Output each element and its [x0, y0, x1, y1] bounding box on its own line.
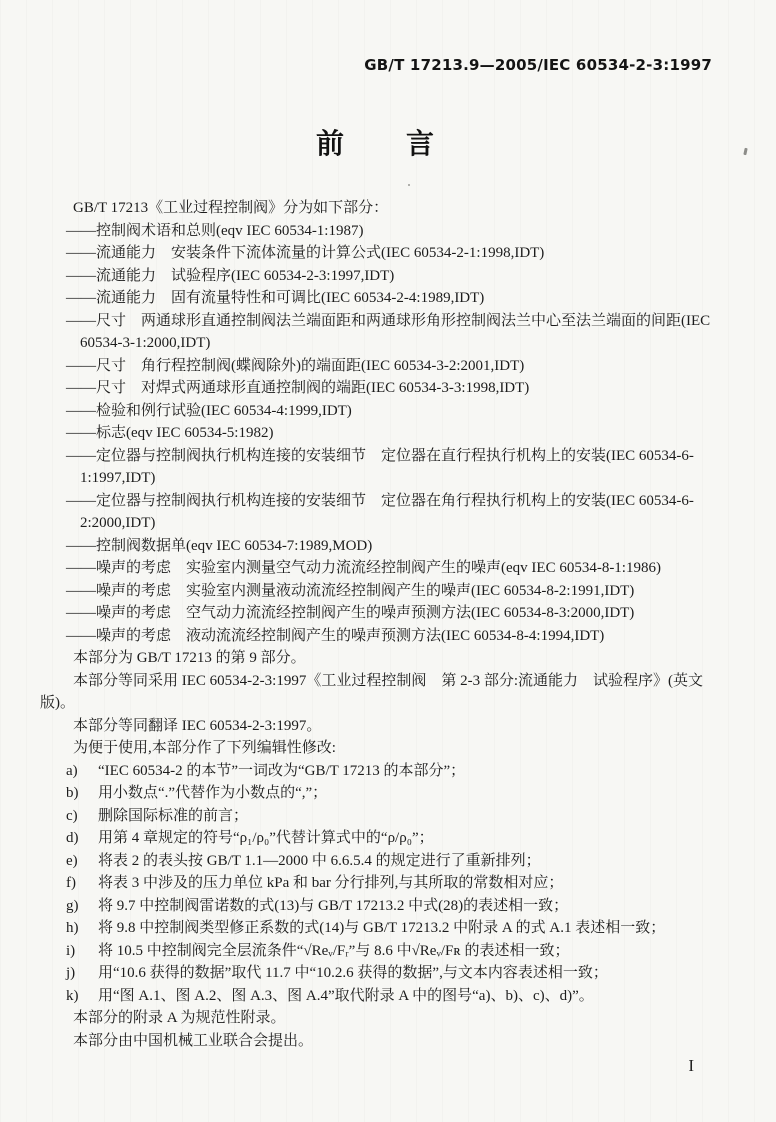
list-item: h) 将 9.8 中控制阀类型修正系数的式(14)与 GB/T 17213.2 … — [66, 917, 712, 940]
list-item: c) 删除国际标准的前言； — [66, 805, 712, 828]
item-text: 将 10.5 中控制阀完全层流条件“√Reᵥ/Fᵣ”与 8.6 中√Reᵥ/Fʀ… — [98, 940, 712, 963]
item-text: 删除国际标准的前言； — [98, 805, 712, 828]
document-page: GB/T 17213.9—2005/IEC 60534-2-3:1997 前 言… — [0, 0, 776, 1122]
intro-paragraph: GB/T 17213《工业过程控制阀》分为如下部分： — [40, 197, 712, 220]
list-item: ——流通能力 安装条件下流体流量的计算公式(IEC 60534-2-1:1998… — [66, 242, 712, 265]
standard-code-header: GB/T 17213.9—2005/IEC 60534-2-3:1997 — [0, 56, 712, 74]
item-text: 用“图 A.1、图 A.2、图 A.3、图 A.4”取代附录 A 中的图号“a)… — [98, 985, 712, 1008]
list-item: ——定位器与控制阀执行机构连接的安装细节 定位器在直行程执行机构上的安装(IEC… — [66, 445, 712, 490]
list-item: b) 用小数点“.”代替作为小数点的“,”； — [66, 782, 712, 805]
foreword-content: GB/T 17213《工业过程控制阀》分为如下部分： ——控制阀术语和总则(eq… — [40, 197, 712, 1052]
item-text: 用“10.6 获得的数据”取代 11.7 中“10.2.6 获得的数据”,与文本… — [98, 962, 712, 985]
list-item: ——尺寸 对焊式两通球形直通控制阀的端距(IEC 60534-3-3:1998,… — [66, 377, 712, 400]
item-text: “IEC 60534-2 的本节”一词改为“GB/T 17213 的本部分”； — [98, 760, 712, 783]
list-item: ——流通能力 固有流量特性和可调比(IEC 60534-2-4:1989,IDT… — [66, 287, 712, 310]
list-item: a) “IEC 60534-2 的本节”一词改为“GB/T 17213 的本部分… — [66, 760, 712, 783]
list-item: e) 将表 2 的表头按 GB/T 1.1—2000 中 6.6.5.4 的规定… — [66, 850, 712, 873]
list-item: j) 用“10.6 获得的数据”取代 11.7 中“10.2.6 获得的数据”,… — [66, 962, 712, 985]
item-text: 用小数点“.”代替作为小数点的“,”； — [98, 782, 712, 805]
list-item: ——噪声的考虑 实验室内测量空气动力流流经控制阀产生的噪声(eqv IEC 60… — [66, 557, 712, 580]
list-item: k) 用“图 A.1、图 A.2、图 A.3、图 A.4”取代附录 A 中的图号… — [66, 985, 712, 1008]
list-item: f) 将表 3 中涉及的压力单位 kPa 和 bar 分行排列,与其所取的常数相… — [66, 872, 712, 895]
list-item: ——噪声的考虑 实验室内测量液动流流经控制阀产生的噪声(IEC 60534-8-… — [66, 580, 712, 603]
item-label: c) — [66, 805, 98, 828]
item-label: g) — [66, 895, 98, 918]
item-text: 将表 3 中涉及的压力单位 kPa 和 bar 分行排列,与其所取的常数相对应； — [98, 872, 712, 895]
paragraph: 本部分为 GB/T 17213 的第 9 部分。 — [40, 647, 712, 670]
item-label: h) — [66, 917, 98, 940]
paragraph: 本部分由中国机械工业联合会提出。 — [40, 1030, 712, 1053]
paragraph: 本部分的附录 A 为规范性附录。 — [40, 1007, 712, 1030]
list-item: ——标志(eqv IEC 60534-5:1982) — [66, 422, 712, 445]
item-text: 将 9.8 中控制阀类型修正系数的式(14)与 GB/T 17213.2 中附录… — [98, 917, 712, 940]
list-item: d) 用第 4 章规定的符号“ρ₁/ρ₀”代替计算式中的“ρ/ρ₀”； — [66, 827, 712, 850]
item-label: e) — [66, 850, 98, 873]
item-label: d) — [66, 827, 98, 850]
item-text: 用第 4 章规定的符号“ρ₁/ρ₀”代替计算式中的“ρ/ρ₀”； — [98, 827, 712, 850]
item-label: b) — [66, 782, 98, 805]
item-text: 将表 2 的表头按 GB/T 1.1—2000 中 6.6.5.4 的规定进行了… — [98, 850, 712, 873]
list-item: ——尺寸 角行程控制阀(蝶阀除外)的端面距(IEC 60534-3-2:2001… — [66, 355, 712, 378]
page-number: I — [688, 1056, 694, 1076]
list-item: ——尺寸 两通球形直通控制阀法兰端面距和两通球形角形控制阀法兰中心至法兰端面的间… — [66, 310, 712, 355]
list-item: ——控制阀数据单(eqv IEC 60534-7:1989,MOD) — [66, 535, 712, 558]
editorial-changes-list: a) “IEC 60534-2 的本节”一词改为“GB/T 17213 的本部分… — [40, 760, 712, 1008]
paragraph: 本部分等同采用 IEC 60534-2-3:1997《工业过程控制阀 第 2-3… — [40, 670, 712, 715]
item-label: a) — [66, 760, 98, 783]
list-item: ——噪声的考虑 液动流流经控制阀产生的噪声预测方法(IEC 60534-8-4:… — [66, 625, 712, 648]
page-title: 前 言 — [40, 122, 712, 162]
paragraph: 本部分等同翻译 IEC 60534-2-3:1997。 — [40, 715, 712, 738]
list-item: ——定位器与控制阀执行机构连接的安装细节 定位器在角行程执行机构上的安装(IEC… — [66, 490, 712, 535]
parts-list: ——控制阀术语和总则(eqv IEC 60534-1:1987) ——流通能力 … — [40, 220, 712, 648]
list-item: g) 将 9.7 中控制阀雷诺数的式(13)与 GB/T 17213.2 中式(… — [66, 895, 712, 918]
item-label: i) — [66, 940, 98, 963]
item-label: f) — [66, 872, 98, 895]
list-item: ——检验和例行试验(IEC 60534-4:1999,IDT) — [66, 400, 712, 423]
list-item: ——噪声的考虑 空气动力流流经控制阀产生的噪声预测方法(IEC 60534-8-… — [66, 602, 712, 625]
list-item: ——控制阀术语和总则(eqv IEC 60534-1:1987) — [66, 220, 712, 243]
paragraph: 为便于使用,本部分作了下列编辑性修改: — [40, 737, 712, 760]
item-label: k) — [66, 985, 98, 1008]
item-text: 将 9.7 中控制阀雷诺数的式(13)与 GB/T 17213.2 中式(28)… — [98, 895, 712, 918]
item-label: j) — [66, 962, 98, 985]
scan-speck — [408, 184, 410, 186]
list-item: ——流通能力 试验程序(IEC 60534-2-3:1997,IDT) — [66, 265, 712, 288]
scan-speck — [743, 148, 747, 155]
list-item: i) 将 10.5 中控制阀完全层流条件“√Reᵥ/Fᵣ”与 8.6 中√Reᵥ… — [66, 940, 712, 963]
